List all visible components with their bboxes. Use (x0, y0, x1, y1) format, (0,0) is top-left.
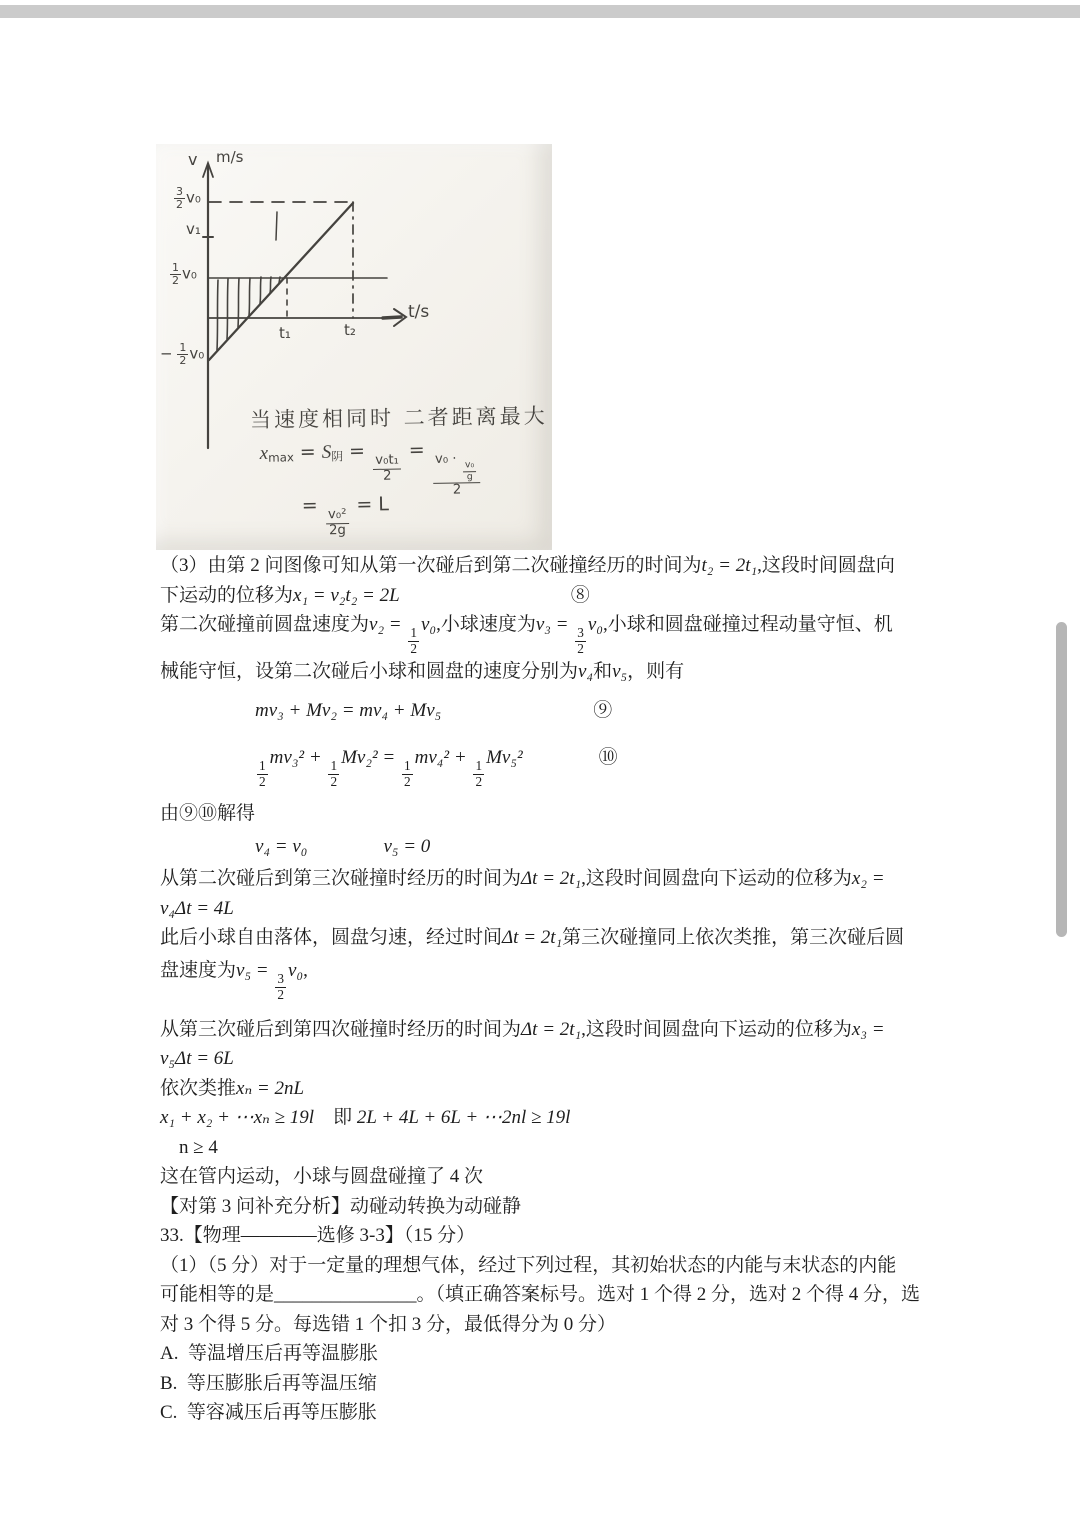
ylabel-half-v0: 12v₀ (170, 262, 197, 286)
solution-line: 33.【物理————选修 3-3】（15 分） (160, 1221, 972, 1251)
v-axis (203, 163, 213, 448)
solution-line: 12mv₃² + 12Mv₂² = 12mv₄² + 12Mv₅² ⑩ (160, 734, 972, 799)
solution-line: 第二次碰撞前圆盘速度为v₂ = 12v₀,小球速度为v₃ = 32v₀,小球和圆… (160, 610, 972, 657)
solution-line: C. 等容减压后再等压膨胀 (160, 1398, 972, 1428)
solution-line: v₄ = v₀ v₅ = 0 (160, 829, 972, 865)
handwritten-note: 当速度相同时 二者距离最大 (250, 400, 548, 434)
top-gray-band (0, 5, 1080, 18)
ylabel-3half-v0: 32v₀ (174, 186, 201, 210)
xlabel-t1: t₁ (279, 324, 291, 342)
solution-line: 从第二次碰后到第三次碰撞时经历的时间为Δt = 2t₁,这段时间圆盘向下运动的位… (160, 864, 972, 894)
solution-line: 可能相等的是_______________。（填正确答案标号。选对 1 个得 2… (160, 1280, 972, 1310)
v-axis-unit: m/s (216, 148, 243, 166)
solution-line: 由⑨⑩解得 (160, 799, 972, 829)
solution-line: x₁ + x₂ + ⋯xₙ ≥ 19l 即 2L + 4L + 6L + ⋯2n… (160, 1103, 972, 1133)
solution-line: 盘速度为v₅ = 32v₀, (160, 953, 972, 1006)
solution-line: v₄Δt = 4L (160, 894, 972, 924)
ylabel-v1: v₁ (186, 220, 201, 238)
solution-line: mv₃ + Mv₂ = mv₄ + Mv₅ ⑨ (160, 687, 972, 735)
solution-line: 从第三次碰后到第四次碰撞时经历的时间为Δt = 2t₁,这段时间圆盘向下运动的位… (160, 1006, 972, 1045)
hatching (217, 277, 280, 350)
solution-line: B. 等压膨胀后再等温压缩 (160, 1369, 972, 1399)
ylabel-neg-half-v0: − 12v₀ (160, 342, 204, 366)
handwritten-vt-graph-photo: v m/s 32v₀ v₁ 12v₀ − 12v₀ t₁ t₂ t/s 当速度相… (156, 144, 552, 550)
solution-line: 对 3 个得 5 分。每选错 1 个扣 3 分，最低得分为 0 分） (160, 1310, 972, 1340)
solution-line: 械能守恒，设第二次碰后小球和圆盘的速度分别为v₄和v₅，则有 (160, 657, 972, 687)
solution-line: 【对第 3 问补充分析】动碰动转换为动碰静 (160, 1192, 972, 1222)
solution-line: （1）（5 分）对于一定量的理想气体，经过下列过程，其初始状态的内能与末状态的内… (160, 1251, 972, 1281)
stray-mark (276, 212, 277, 240)
solution-line: 下运动的位移为x₁ = v₂t₂ = 2L ⑧ (160, 581, 972, 611)
solution-line: 这在管内运动，小球与圆盘碰撞了 4 次 (160, 1162, 972, 1192)
v-axis-label: v (188, 150, 197, 169)
solution-text-block: （3）由第 2 问图像可知从第一次碰后到第二次碰撞经历的时间为t₂ = 2t₁,… (160, 551, 972, 1428)
handwritten-formula-xmax: xmax = S阴 = v₀t₁2 = v₀ · v₀g2 (259, 438, 482, 502)
solution-line: n ≥ 4 (160, 1133, 972, 1163)
solution-line: （3）由第 2 问图像可知从第一次碰后到第二次碰撞经历的时间为t₂ = 2t₁,… (160, 551, 972, 581)
solution-line: 依次类推xₙ = 2nL (160, 1074, 972, 1104)
scrollbar-thumb[interactable] (1056, 622, 1067, 937)
solution-line: A. 等温增压后再等温膨胀 (160, 1339, 972, 1369)
solution-line: 此后小球自由落体，圆盘匀速，经过时间Δt = 2t₁第三次碰撞同上依次类推，第三… (160, 923, 972, 953)
t-axis-unit: t/s (408, 302, 429, 322)
xlabel-t2: t₂ (344, 321, 356, 339)
handwritten-formula-result: = v₀²2g = L (302, 493, 390, 540)
solution-line: v₅Δt = 6L (160, 1044, 972, 1074)
